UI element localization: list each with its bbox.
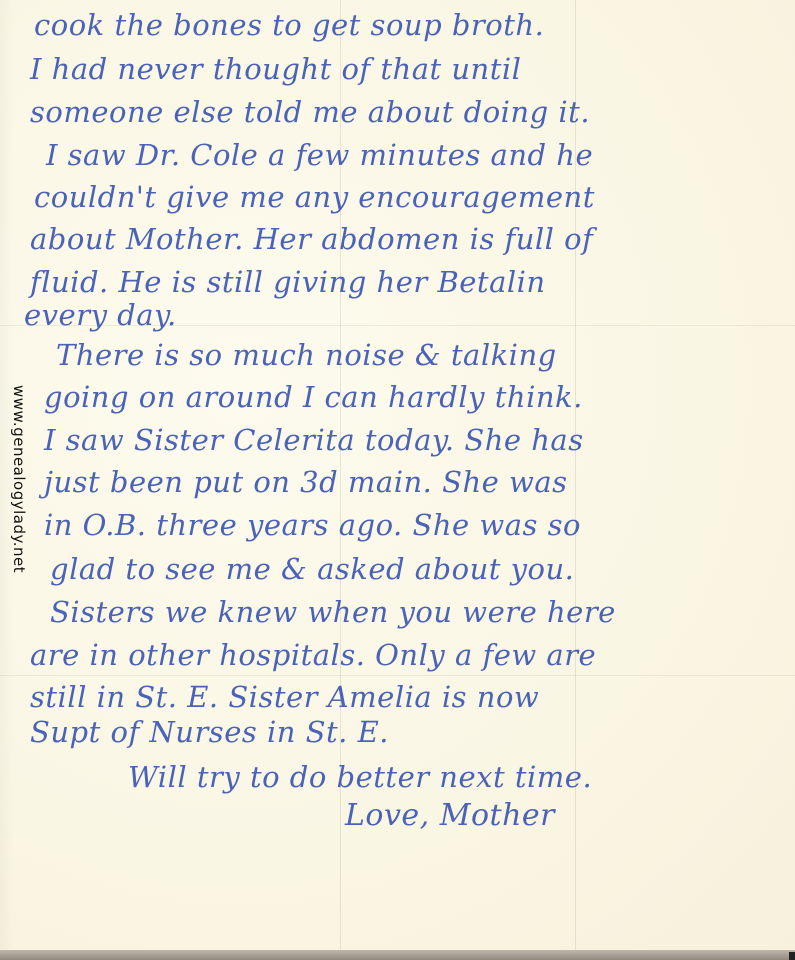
letter-line: There is so much noise & talking [56,338,557,372]
paper-bottom-edge [0,950,795,960]
letter-line: fluid. He is still giving her Betalin [30,265,546,299]
letter-line: Sisters we knew when you were here [50,595,616,629]
letter-line: someone else told me about doing it. [30,95,590,129]
letter-line: couldn't give me any encouragement [34,180,595,214]
letter-line: still in St. E. Sister Amelia is now [30,680,539,714]
watermark: www.genealogylady.net [10,385,28,573]
letter-line: just been put on 3d main. She was [44,465,568,499]
letter-line: I saw Sister Celerita today. She has [44,423,584,457]
scan-corner [789,952,795,960]
letter-page: www.genealogylady.net cook the bones to … [0,0,795,952]
letter-line: going on around I can hardly think. [44,380,583,414]
signature: Love, Mother [345,798,555,833]
letter-line: I saw Dr. Cole a few minutes and he [46,138,593,172]
letter-line: about Mother. Her abdomen is full of [30,222,593,256]
letter-line: Supt of Nurses in St. E. [30,715,389,749]
letter-line: are in other hospitals. Only a few are [30,638,596,672]
letter-line: cook the bones to get soup broth. [34,8,544,42]
letter-line: every day. [24,298,177,332]
letter-line: glad to see me & asked about you. [50,552,574,586]
letter-line: in O.B. three years ago. She was so [44,508,581,542]
letter-line: Will try to do better next time. [128,760,592,794]
paper-fold [0,675,795,676]
letter-line: I had never thought of that until [30,52,521,86]
